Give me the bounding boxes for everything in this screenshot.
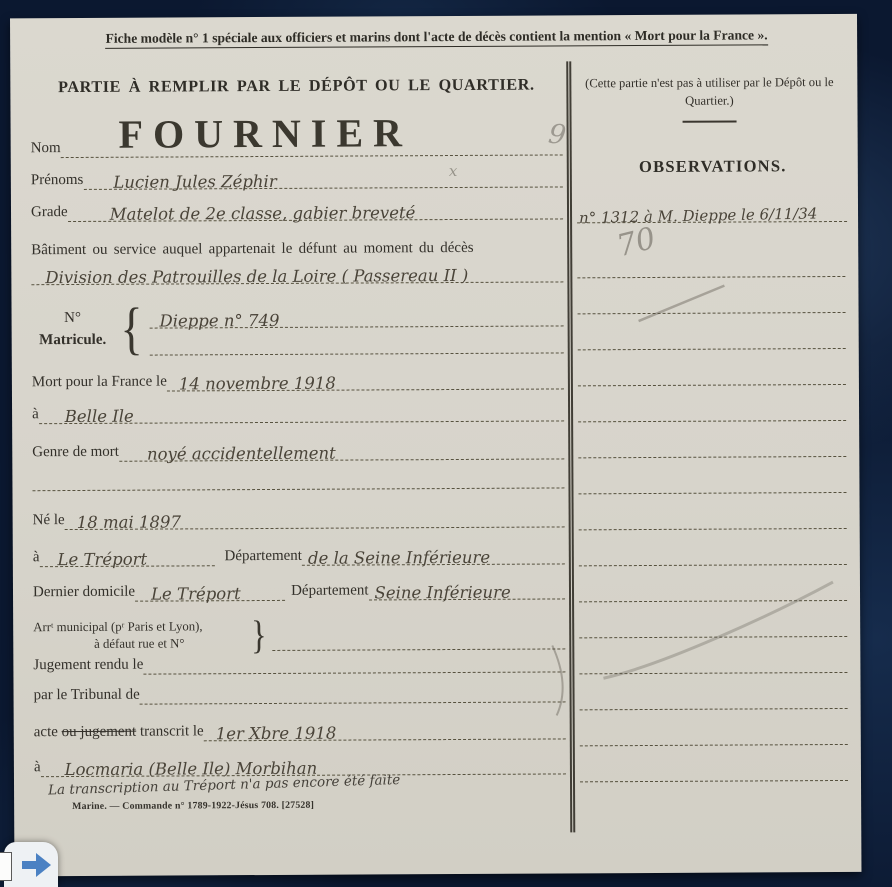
field-label: Genre de mort (32, 444, 119, 462)
field-value-handwritten: Le Tréport (57, 550, 147, 569)
dotted-line (143, 647, 565, 674)
field-value-handwritten: de la Seine Inférieure (308, 548, 490, 568)
brace-glyph: { (120, 300, 143, 358)
ruled-line (579, 565, 847, 602)
pencil-mark: x (449, 162, 458, 180)
field-value-handwritten: Le Tréport (151, 584, 241, 603)
field-value-handwritten: Seine Inférieure (374, 583, 510, 603)
dotted-line: Lucien Jules Zéphir (83, 162, 563, 190)
observations-note: (Cette partie n'est pas à utiliser par l… (584, 74, 834, 111)
ruled-line (580, 745, 848, 782)
ruled-line (579, 529, 847, 566)
ruled-line (578, 457, 846, 494)
field-value-handwritten: 18 mai 1897 (77, 512, 181, 532)
observations-entry-line: n° 1312 à M. Dieppe le 6/11/34 (577, 194, 847, 223)
field-grade: Grade Matelot de 2e classe, gabier breve… (31, 195, 563, 222)
field-value-handwritten: Belle Ile (65, 407, 134, 426)
field-label: acte ou jugement transcrit le (34, 723, 204, 742)
section-rule (683, 121, 737, 123)
ruled-line (579, 493, 847, 530)
dotted-line: Locmaria (Belle Ile) Morbihan (41, 749, 566, 777)
field-value-handwritten: Matelot de 2e classe, gabier breveté (110, 203, 416, 224)
print-reference-footer: Marine. — Commande n° 1789-1922-Jésus 70… (72, 800, 314, 812)
field-tribunal: par le Tribunal de (33, 678, 565, 705)
field-value-handwritten: noyé accidentellement (147, 444, 336, 464)
dotted-line: de la Seine Inférieure (302, 539, 565, 565)
field-matricule: N° Matricule. { Dieppe n° 749 (31, 297, 563, 358)
dotted-line: FOURNIER (61, 130, 563, 158)
field-label: Grade (31, 204, 68, 222)
field-value-handwritten: FOURNIER (118, 109, 412, 158)
dotted-line: Le Tréport (39, 541, 214, 567)
field-prenoms: Prénoms Lucien Jules Zéphir (31, 163, 563, 190)
field-label: Jugement rendu le (33, 657, 143, 676)
field-jugement: Jugement rendu le (33, 648, 565, 675)
left-section-title: PARTIE À REMPLIR PAR LE DÉPÔT OU LE QUAR… (30, 75, 562, 97)
ruled-line (578, 385, 846, 422)
ruled-line (577, 241, 845, 278)
field-ne-le: Né le 18 mai 1897 (33, 503, 565, 530)
field-label: N° Matricule. (32, 306, 114, 351)
dotted-line: 14 novembre 1918 (167, 364, 564, 391)
next-page-button[interactable] (4, 842, 58, 887)
observations-ruled-lines (577, 241, 848, 782)
ruled-line (580, 709, 848, 746)
dotted-line: Belle Ile (39, 396, 564, 424)
dotted-line: noyé accidentellement (119, 434, 564, 461)
field-value-handwritten: Division des Patrouilles de la Loire ( P… (45, 266, 468, 287)
field-mort-le: Mort pour la France le 14 novembre 1918 (32, 365, 564, 392)
field-label: Arrᵗ municipal (pʳ Paris et Lyon), à déf… (33, 618, 245, 652)
pencil-mark: 9 (547, 118, 568, 151)
ruled-line (578, 349, 846, 386)
field-batiment-label: Bâtiment ou service auquel appartenait l… (31, 239, 563, 259)
dotted-line: Division des Patrouilles de la Loire ( P… (31, 257, 563, 285)
arrow-right-icon (20, 850, 54, 880)
ruled-line (579, 673, 847, 710)
field-label: Né le (33, 512, 65, 530)
dotted-line: Dieppe n° 749 (149, 299, 563, 328)
dotted-line: Matelot de 2e classe, gabier breveté (68, 194, 563, 222)
dotted-line (140, 677, 566, 704)
ruled-line (579, 601, 847, 638)
blank-line-row (32, 464, 564, 491)
ruled-line (578, 421, 846, 458)
field-label: Département (285, 582, 369, 600)
page-number-box-partial[interactable] (0, 852, 12, 881)
field-mort-a: à Belle Ile (32, 397, 564, 424)
observations-title: OBSERVATIONS. (577, 156, 849, 177)
ruled-line (577, 277, 845, 314)
observations-entry-handwritten: n° 1312 à M. Dieppe le 6/11/34 (579, 204, 818, 227)
column-divider (566, 61, 575, 832)
field-acte-a: à Locmaria (Belle Ile) Morbihan (34, 750, 566, 777)
field-batiment-value: Division des Patrouilles de la Loire ( P… (31, 258, 563, 285)
scanned-document: Fiche modèle n° 1 spéciale aux officiers… (10, 14, 861, 876)
field-label: Nom (31, 140, 61, 158)
dotted-line (149, 326, 563, 355)
field-value-handwritten: 14 novembre 1918 (179, 374, 336, 394)
field-ne-a: à Le Tréport Département de la Seine Inf… (33, 540, 565, 567)
field-label: Prénoms (31, 172, 84, 190)
dotted-line: 18 mai 1897 (65, 502, 565, 530)
field-label: par le Tribunal de (34, 687, 140, 706)
field-domicile: Dernier domicile Le Tréport Département … (33, 575, 565, 602)
field-label: Département (214, 548, 302, 566)
field-value-handwritten: Lucien Jules Zéphir (113, 172, 276, 192)
ruled-line (578, 313, 846, 350)
field-acte-transcrit: acte ou jugement transcrit le 1er Xbre 1… (34, 715, 566, 742)
ruled-line (579, 637, 847, 674)
dotted-line (32, 463, 564, 491)
struck-text: ou jugement (62, 724, 137, 740)
field-value-handwritten: 1er Xbre 1918 (216, 724, 337, 744)
dotted-line: Seine Inférieure (368, 574, 565, 600)
observations-column: (Cette partie n'est pas à utiliser par l… (576, 14, 852, 873)
field-label: Mort pour la France le (32, 374, 167, 393)
field-label: Dernier domicile (33, 584, 135, 603)
dotted-line: 1er Xbre 1918 (204, 714, 566, 741)
field-nom: Nom FOURNIER (31, 131, 563, 158)
dotted-line: Le Tréport (135, 576, 285, 602)
field-genre: Genre de mort noyé accidentellement (32, 435, 564, 462)
